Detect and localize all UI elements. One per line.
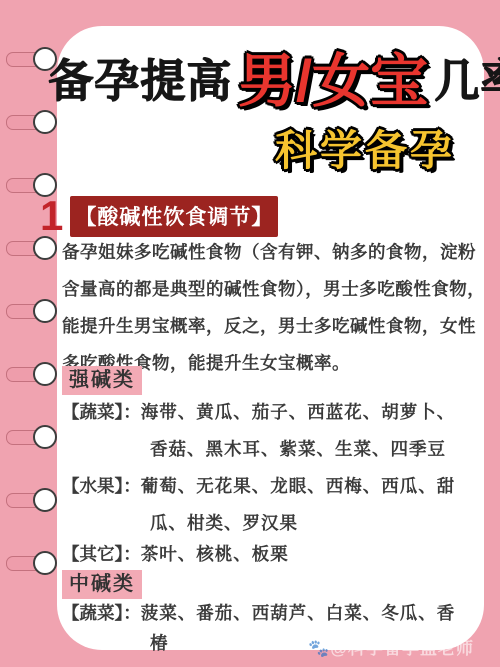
list-item: 【蔬菜】：海带、黄瓜、茄子、西蓝花、胡萝卜、 [62, 399, 455, 424]
list-item-text: 香菇、黑木耳、紫菜、生菜、四季豆 [150, 439, 446, 459]
list-item-label: 【水果】： [62, 476, 141, 496]
list-item-text: 海带、黄瓜、茄子、西蓝花、胡萝卜、 [141, 402, 456, 422]
binder-ring-icon [6, 304, 42, 319]
section-heading-badge: 【酸碱性饮食调节】 [70, 196, 278, 237]
intro-paragraph: 备孕姐妹多吃碱性食物（含有钾、钠多的食物，淀粉 含量高的都是典型的碱性食物），男… [62, 233, 462, 381]
list-item-continuation: 瓜、柑类、罗汉果 [150, 510, 298, 535]
list-item-text: 茶叶、核桃、板栗 [141, 544, 289, 564]
list-item-label: 【蔬菜】： [62, 402, 141, 422]
list-item-text: 瓜、柑类、罗汉果 [150, 513, 298, 533]
list-item: 【其它】：茶叶、核桃、板栗 [62, 541, 289, 566]
poster-title: 备孕提高 男/女宝 几率 [48, 38, 484, 114]
binder-ring-icon [6, 430, 42, 445]
binder-ring-icon [6, 178, 42, 193]
section-number: 1 [40, 194, 63, 238]
strong-alkaline-heading: 强碱类 [62, 363, 142, 392]
medium-alkaline-heading-label: 中碱类 [62, 570, 142, 599]
list-item-text: 椿 [150, 633, 169, 653]
medium-alkaline-heading: 中碱类 [62, 567, 142, 596]
binder-ring-icon [6, 556, 42, 571]
list-item-label: 【其它】： [62, 544, 141, 564]
author-watermark: 🐾@科学备孕蓝老师 [308, 634, 474, 659]
strong-alkaline-heading-label: 强碱类 [62, 366, 142, 395]
list-item: 【水果】：葡萄、无花果、龙眼、西梅、西瓜、甜 [62, 473, 455, 498]
paragraph-line: 含量高的都是典型的碱性食物），男士多吃酸性食物， [62, 270, 462, 307]
poster-background: { "poster": { "title": { "black_left": "… [0, 0, 500, 667]
list-item-label: 【蔬菜】： [62, 603, 141, 623]
binder-ring-icon [6, 241, 42, 256]
binder-ring-icon [6, 367, 42, 382]
list-item-text: 菠菜、番茄、西葫芦、白菜、冬瓜、香 [141, 603, 456, 623]
title-text-left: 备孕提高 [48, 44, 232, 109]
list-item-continuation: 椿 [150, 630, 169, 655]
list-item: 【蔬菜】：菠菜、番茄、西葫芦、白菜、冬瓜、香 [62, 600, 455, 625]
list-item-continuation: 香菇、黑木耳、紫菜、生菜、四季豆 [150, 436, 446, 461]
list-item-text: 葡萄、无花果、龙眼、西梅、西瓜、甜 [141, 476, 456, 496]
binder-ring-icon [6, 115, 42, 130]
binder-ring-icon [6, 493, 42, 508]
title-text-right: 几率 [434, 44, 500, 109]
paragraph-line: 备孕姐妹多吃碱性食物（含有钾、钠多的食物，淀粉 [62, 233, 462, 270]
section-header: 1 【酸碱性饮食调节】 [40, 194, 278, 238]
paragraph-line: 能提升生男宝概率，反之，男士多吃碱性食物，女性 [62, 307, 462, 344]
title-highlight-boy-girl: 男/女宝 [238, 34, 428, 118]
poster-subtitle: 科学备孕 [275, 118, 455, 178]
binder-ring-icon [6, 52, 42, 67]
